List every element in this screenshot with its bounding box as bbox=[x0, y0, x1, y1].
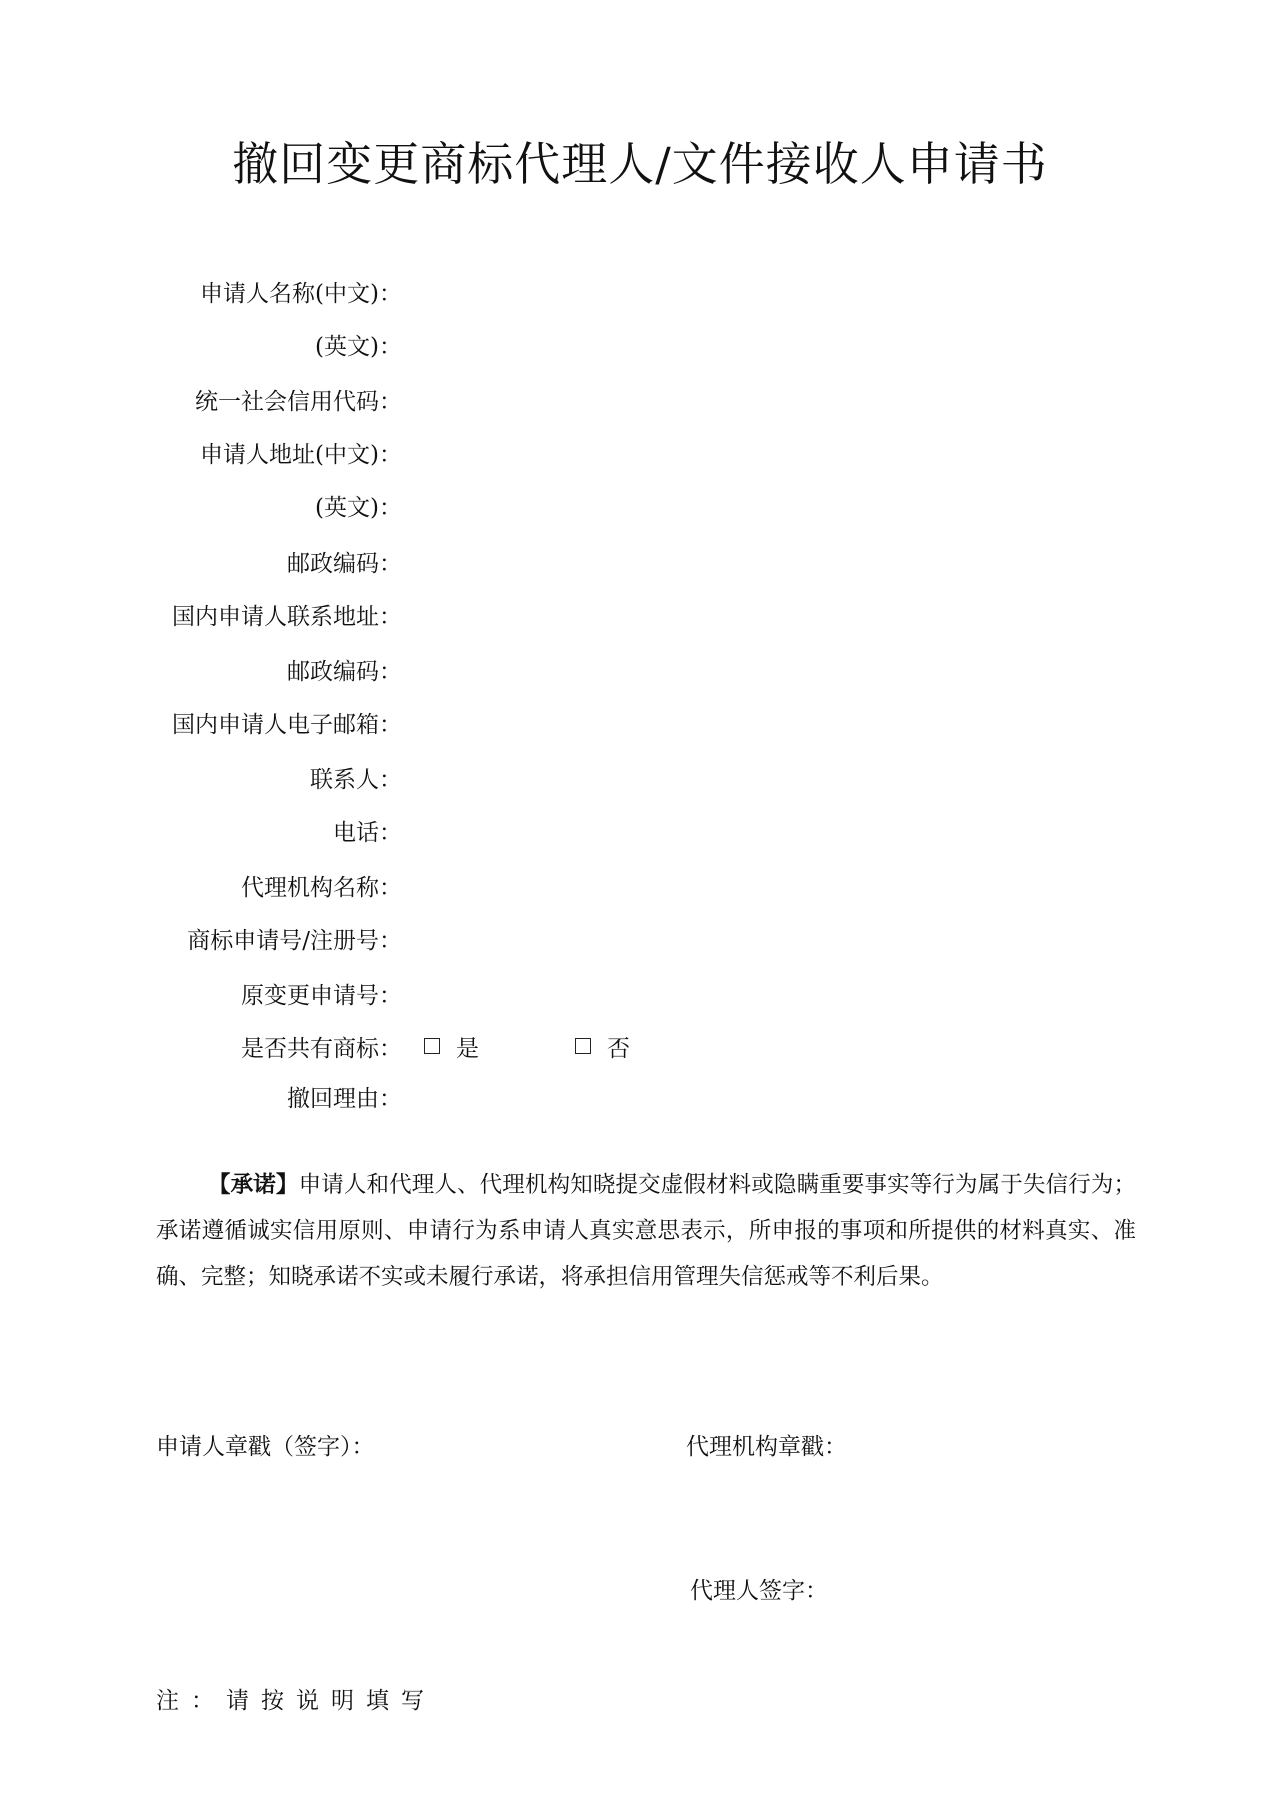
pledge-paragraph: 【承诺】申请人和代理人、代理机构知晓提交虚假材料或隐瞒重要事实等行为属于失信行为… bbox=[156, 1162, 1136, 1300]
fill-instruction-note: 注：请按说明填写 bbox=[156, 1682, 436, 1715]
choice-label: 否 bbox=[607, 1030, 630, 1063]
original-change-number-input[interactable] bbox=[414, 978, 1018, 1008]
field-domestic-contact-address: 国内申请人联系地址： bbox=[130, 599, 1018, 629]
checkbox-icon[interactable] bbox=[575, 1038, 591, 1054]
field-postal-code: 邮政编码： bbox=[130, 546, 1018, 576]
field-label: 撤回理由： bbox=[130, 1080, 402, 1113]
field-label: 原变更申请号： bbox=[130, 977, 402, 1010]
applicant-address-en-input[interactable] bbox=[414, 490, 1018, 520]
applicant-name-en-input[interactable] bbox=[414, 329, 1018, 359]
field-domestic-postal-code: 邮政编码： bbox=[130, 654, 1018, 684]
field-agency-name: 代理机构名称： bbox=[130, 870, 1018, 900]
trademark-number-input[interactable] bbox=[414, 923, 1018, 953]
field-domestic-email: 国内申请人电子邮箱： bbox=[130, 707, 1018, 737]
domestic-contact-address-input[interactable] bbox=[414, 599, 1018, 629]
field-applicant-name-en: (英文)： bbox=[130, 329, 1018, 359]
choice-label: 是 bbox=[456, 1030, 479, 1063]
agency-name-input[interactable] bbox=[414, 870, 1018, 900]
field-label: 申请人名称(中文)： bbox=[130, 275, 402, 308]
field-label: (英文)： bbox=[130, 489, 402, 522]
postal-code-input[interactable] bbox=[414, 546, 1018, 576]
shared-mark-no[interactable]: 否 bbox=[575, 1030, 630, 1063]
applicant-address-cn-input[interactable] bbox=[414, 437, 1018, 467]
shared-mark-options: 是 否 bbox=[424, 1030, 710, 1063]
applicant-seal-label: 申请人章戳（签字）： bbox=[156, 1428, 375, 1461]
pledge-heading: 【承诺】 bbox=[208, 1172, 299, 1198]
field-label: 邮政编码： bbox=[130, 545, 402, 578]
field-original-change-number: 原变更申请号： bbox=[130, 978, 1018, 1008]
field-label: 商标申请号/注册号： bbox=[130, 922, 402, 955]
field-withdraw-reason: 撤回理由： bbox=[130, 1081, 1018, 1111]
field-label: 统一社会信用代码： bbox=[130, 383, 402, 416]
field-trademark-number: 商标申请号/注册号： bbox=[130, 923, 1018, 953]
domestic-postal-code-input[interactable] bbox=[414, 654, 1018, 684]
phone-input[interactable] bbox=[414, 815, 1018, 845]
field-shared-mark: 是否共有商标： 是 否 bbox=[130, 1031, 710, 1061]
field-applicant-address-cn: 申请人地址(中文)： bbox=[130, 437, 1018, 467]
credit-code-input[interactable] bbox=[414, 384, 1018, 414]
field-label: 代理机构名称： bbox=[130, 869, 402, 902]
withdraw-reason-input[interactable] bbox=[414, 1081, 1018, 1111]
field-credit-code: 统一社会信用代码： bbox=[130, 384, 1018, 414]
domestic-email-input[interactable] bbox=[414, 707, 1018, 737]
field-applicant-address-en: (英文)： bbox=[130, 490, 1018, 520]
field-label: 申请人地址(中文)： bbox=[130, 436, 402, 469]
field-label: 国内申请人电子邮箱： bbox=[130, 706, 402, 739]
agent-signature-label: 代理人签字： bbox=[690, 1572, 828, 1605]
checkbox-icon[interactable] bbox=[424, 1038, 440, 1054]
field-label: 国内申请人联系地址： bbox=[130, 598, 402, 631]
pledge-body: 申请人和代理人、代理机构知晓提交虚假材料或隐瞒重要事实等行为属于失信行为；承诺遵… bbox=[156, 1172, 1136, 1290]
field-label: 是否共有商标： bbox=[130, 1030, 402, 1063]
field-contact-person: 联系人： bbox=[130, 762, 1018, 792]
field-label: 联系人： bbox=[130, 761, 402, 794]
agency-seal-label: 代理机构章戳： bbox=[686, 1428, 847, 1461]
field-applicant-name-cn: 申请人名称(中文)： bbox=[130, 276, 1018, 306]
field-label: 邮政编码： bbox=[130, 653, 402, 686]
contact-person-input[interactable] bbox=[414, 762, 1018, 792]
shared-mark-yes[interactable]: 是 bbox=[424, 1030, 479, 1063]
applicant-name-cn-input[interactable] bbox=[414, 276, 1018, 306]
field-phone: 电话： bbox=[130, 815, 1018, 845]
document-title: 撤回变更商标代理人/文件接收人申请书 bbox=[0, 128, 1280, 194]
field-label: 电话： bbox=[130, 814, 402, 847]
field-label: (英文)： bbox=[130, 328, 402, 361]
